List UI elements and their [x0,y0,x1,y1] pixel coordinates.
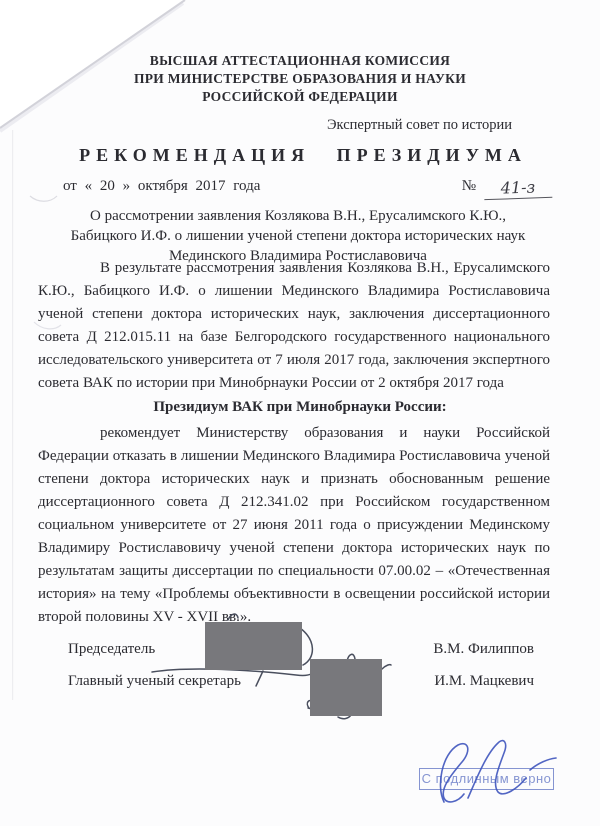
resolution-paragraph: рекомендует Министерству образования и н… [38,422,550,629]
doc-number-handwritten: 41-з [484,177,553,200]
signer-name-secretary: И.М. Мацкевич [434,673,534,690]
scanned-document-page: ВЫСШАЯ АТТЕСТАЦИОННАЯ КОМИССИЯ ПРИ МИНИС… [0,0,600,826]
date-number-row: от « 20 » октября 2017 года № 41-з [63,178,552,199]
org-name-line-2: ПРИ МИНИСТЕРСТВЕ ОБРАЗОВАНИЯ И НАУКИ [0,70,600,88]
signature-redaction-box-secretary [310,659,382,716]
role-label-chairman: Председатель [68,641,155,658]
certification-stamp: С подлинным верно [392,738,597,818]
signer-name-chairman: В.М. Филиппов [433,641,534,658]
signature-row-secretary: Главный ученый секретарь И.М. Мацкевич [68,673,534,690]
doc-title: РЕКОМЕНДАЦИЯ ПРЕЗИДИУМА [0,145,600,166]
intro-paragraph: В результате рассмотрения заявления Козл… [38,257,550,395]
stamp-text: С подлинным верно [419,768,554,790]
doc-date: от « 20 » октября 2017 года [63,178,260,195]
resolution-heading: Президиум ВАК при Минобрнауки России: [0,399,600,416]
doc-number-label: № [462,178,476,195]
org-name-line-3: РОССИЙСКОЙ ФЕДЕРАЦИИ [0,88,600,106]
council-line: Экспертный совет по истории [327,117,512,134]
org-name-line-1: ВЫСШАЯ АТТЕСТАЦИОННАЯ КОМИССИЯ [0,52,600,70]
letterhead: ВЫСШАЯ АТТЕСТАЦИОННАЯ КОМИССИЯ ПРИ МИНИС… [0,52,600,106]
role-label-secretary: Главный ученый секретарь [68,673,241,690]
doc-number: № 41-з [462,178,552,199]
signature-redaction-box-chairman [205,622,302,670]
